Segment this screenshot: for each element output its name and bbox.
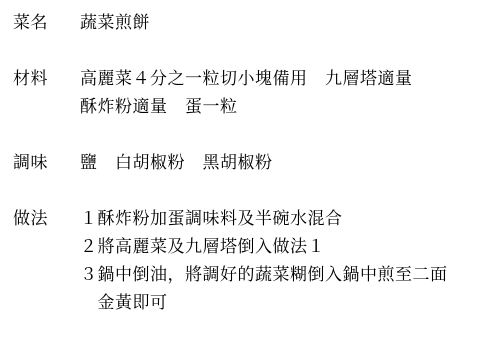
section-steps: 做法 １酥炸粉加蛋調味料及半碗水混合 ２將高麗菜及九層塔倒入做法１ ３鍋中倒油，…	[13, 205, 484, 317]
ingredients-line: 高麗菜４分之一粒切小塊備用 九層塔適量	[80, 65, 484, 93]
seasoning-label: 調味	[13, 149, 80, 177]
section-ingredients: 材料 高麗菜４分之一粒切小塊備用 九層塔適量 酥炸粉適量 蛋一粒	[13, 65, 484, 121]
seasoning-line: 鹽 白胡椒粉 黑胡椒粉	[80, 149, 484, 177]
steps-content: １酥炸粉加蛋調味料及半碗水混合 ２將高麗菜及九層塔倒入做法１ ３鍋中倒油，將調好…	[80, 205, 484, 317]
ingredients-content: 高麗菜４分之一粒切小塊備用 九層塔適量 酥炸粉適量 蛋一粒	[80, 65, 484, 121]
dish-name-content: 蔬菜煎餅	[80, 9, 484, 37]
step-line: １酥炸粉加蛋調味料及半碗水混合	[80, 205, 484, 233]
seasoning-content: 鹽 白胡椒粉 黑胡椒粉	[80, 149, 484, 177]
step-line: ２將高麗菜及九層塔倒入做法１	[80, 233, 484, 261]
steps-label: 做法	[13, 205, 80, 233]
recipe-document: 菜名 蔬菜煎餅 材料 高麗菜４分之一粒切小塊備用 九層塔適量 酥炸粉適量 蛋一粒…	[0, 0, 484, 317]
dish-name-label: 菜名	[13, 9, 80, 37]
dish-name-value: 蔬菜煎餅	[80, 9, 484, 37]
ingredients-label: 材料	[13, 65, 80, 93]
section-dish-name: 菜名 蔬菜煎餅	[13, 9, 484, 37]
section-seasoning: 調味 鹽 白胡椒粉 黑胡椒粉	[13, 149, 484, 177]
step-line-continuation: 金黃即可	[80, 289, 484, 317]
ingredients-line: 酥炸粉適量 蛋一粒	[80, 93, 484, 121]
step-line: ３鍋中倒油，將調好的蔬菜糊倒入鍋中煎至二面	[80, 261, 484, 289]
